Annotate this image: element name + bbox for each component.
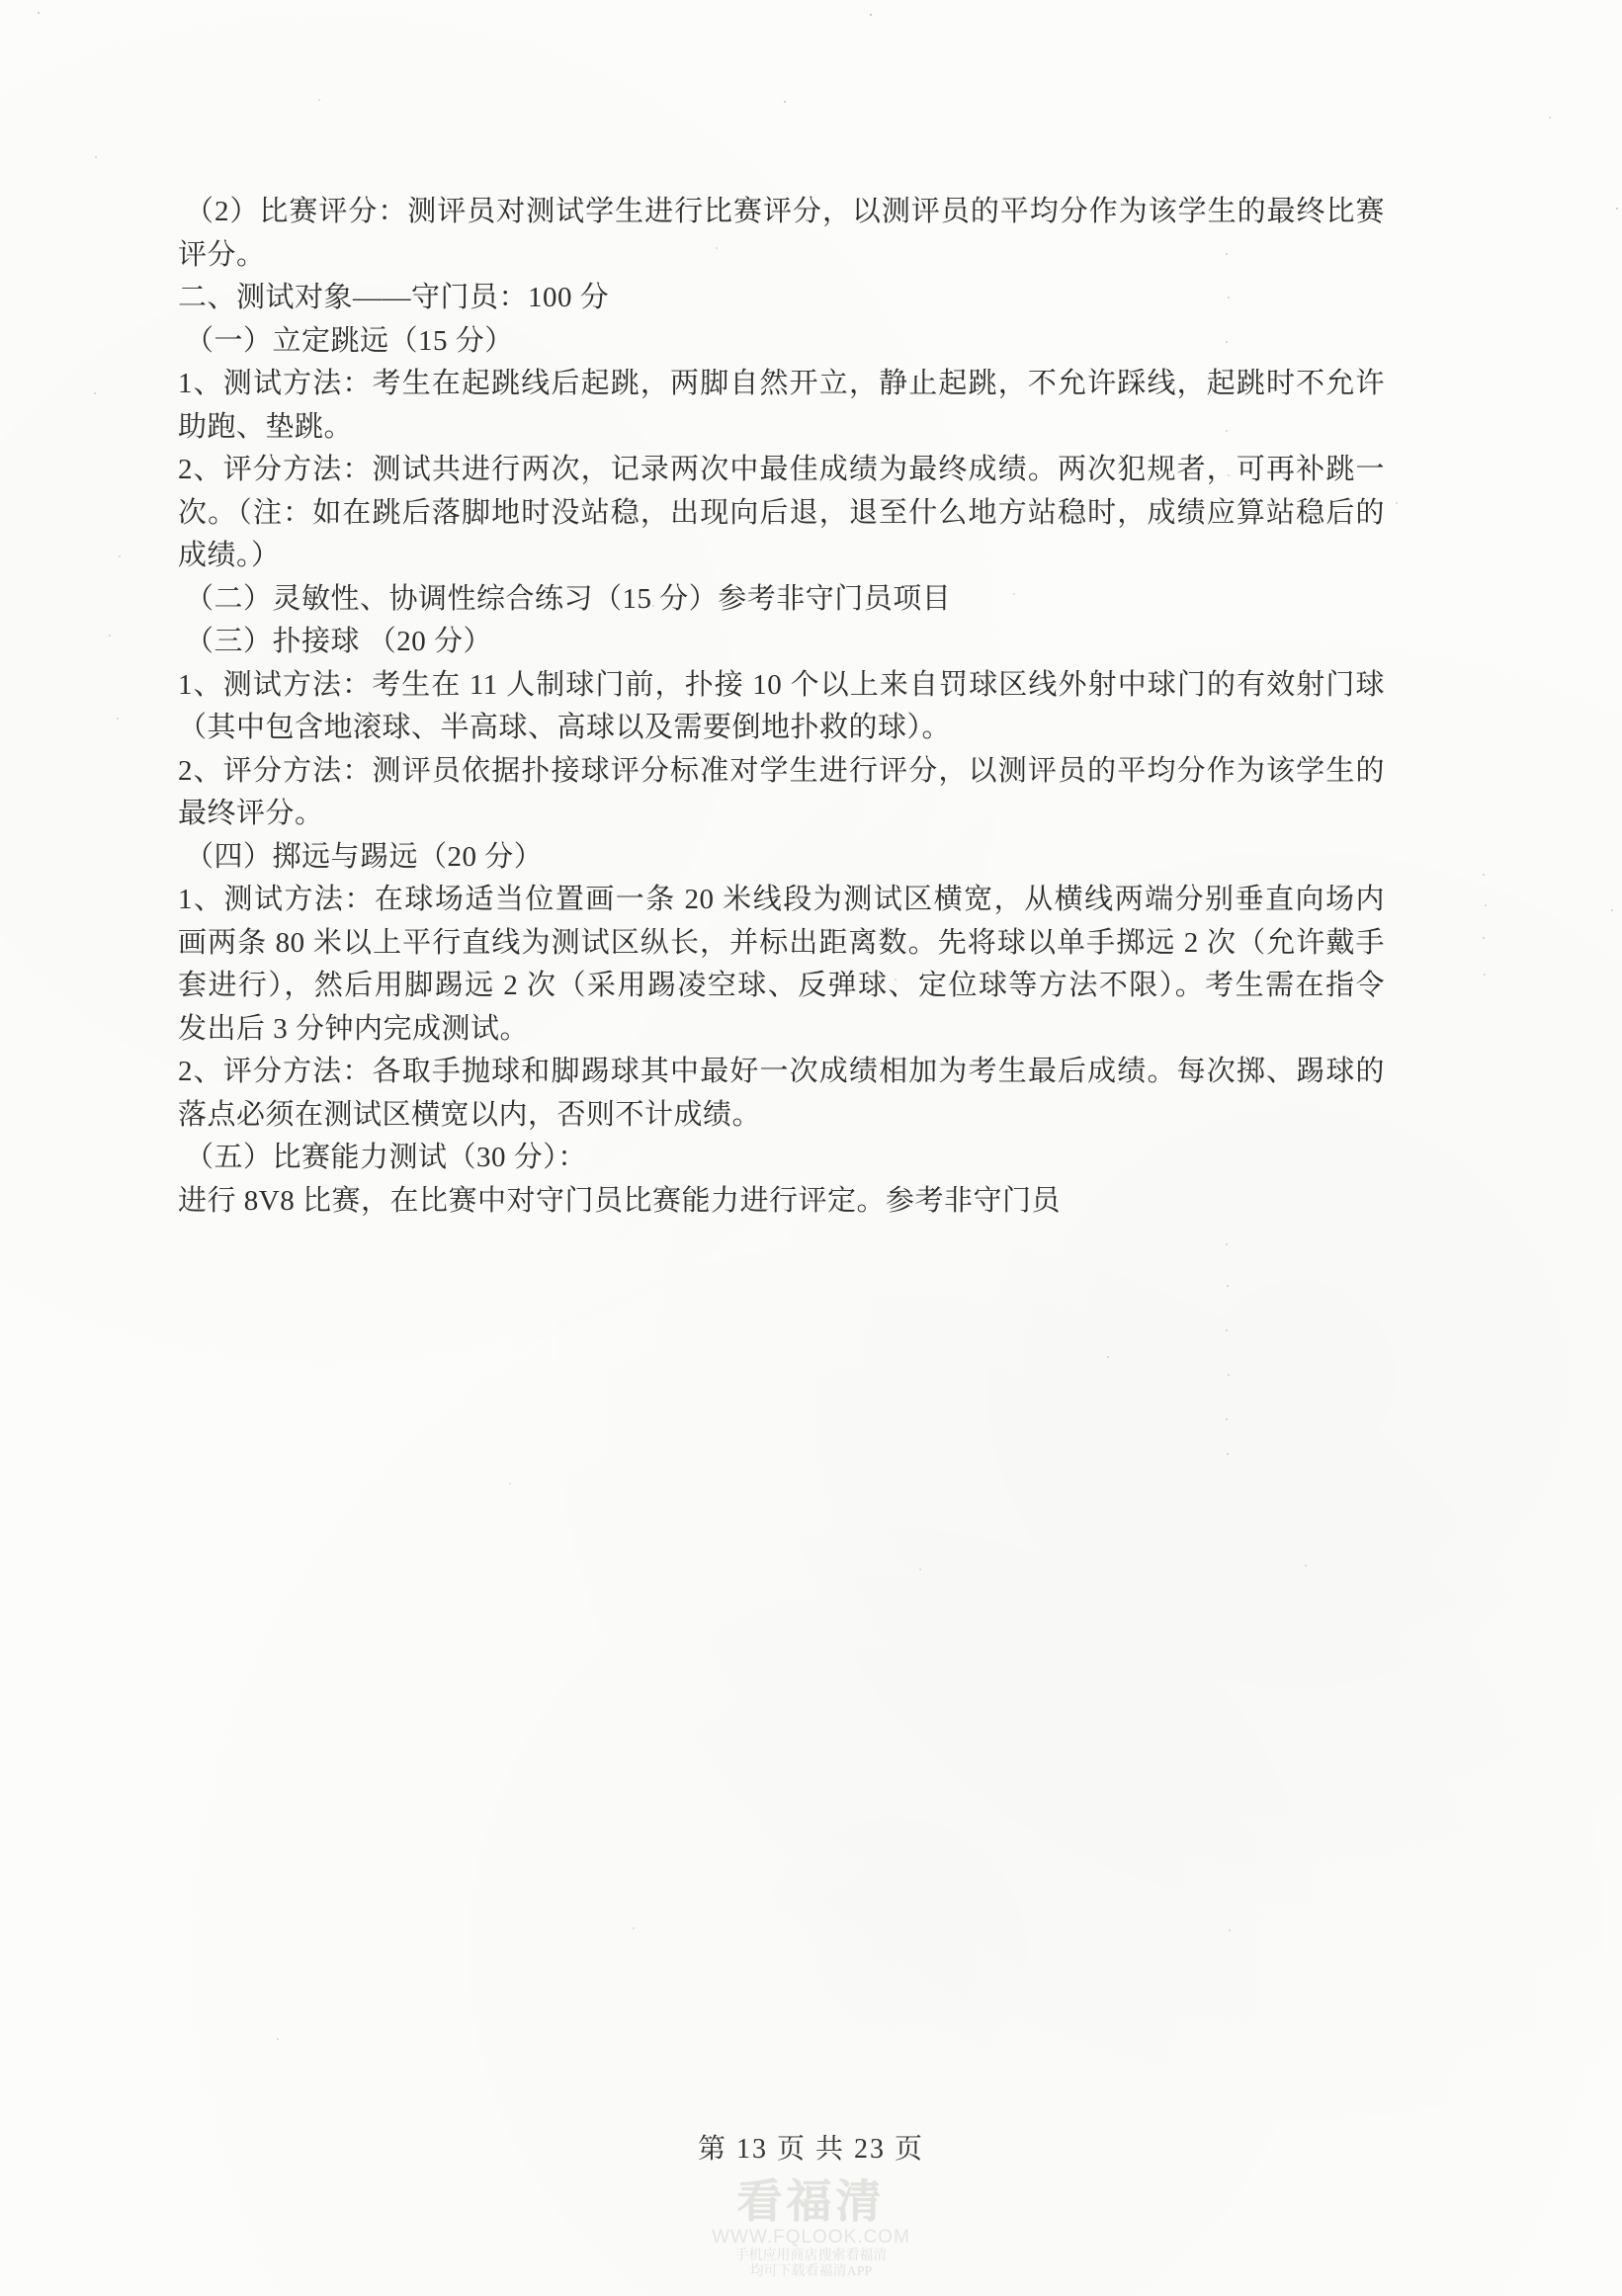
watermark-url: WWW.FQLOOK.COM [0, 2227, 1622, 2249]
text-line: 2、评分方法：测试共进行两次，记录两次中最佳成绩为最终成绩。两次犯规者，可再补跳… [178, 449, 1385, 492]
text-line: （二）灵敏性、协调性综合练习（15 分）参考非守门员项目 [178, 578, 1385, 622]
text-line: （2）比赛评分：测评员对测试学生进行比赛评分，以测评员的平均分作为该学生的最终比… [178, 191, 1385, 234]
scan-noise-speckles [0, 0, 2, 2]
text-line: （三）扑接球 （20 分） [178, 621, 1385, 664]
text-line: 画两条 80 米以上平行直线为测试区纵长，并标出距离数。先将球以单手掷远 2 次… [178, 922, 1385, 966]
watermark-note-1: 手机应用商店搜索看福清 [0, 2249, 1622, 2264]
watermark: 看福清 WWW.FQLOOK.COM 手机应用商店搜索看福清 均可下载看福清AP… [0, 2177, 1622, 2280]
text-line: 1、测试方法：考生在起跳线后起跳，两脚自然开立，静止起跳，不允许踩线，起跳时不允… [178, 363, 1385, 406]
text-line: 1、测试方法：考生在 11 人制球门前，扑接 10 个以上来自罚球区线外射中球门… [178, 664, 1385, 708]
text-line: 二、测试对象——守门员：100 分 [178, 277, 1385, 320]
text-line: 套进行），然后用脚踢远 2 次（采用踢凌空球、反弹球、定位球等方法不限）。考生需… [178, 965, 1385, 1008]
watermark-logo-text: 看福清 [0, 2177, 1622, 2227]
text-line: （其中包含地滚球、半高球、高球以及需要倒地扑救的球）。 [178, 707, 1385, 750]
text-line: 发出后 3 分钟内完成测试。 [178, 1008, 1385, 1052]
text-line: （五）比赛能力测试（30 分）： [178, 1137, 1385, 1180]
text-line: 助跑、垫跳。 [178, 406, 1385, 450]
page-footer: 第 13 页 共 23 页 [0, 2127, 1622, 2167]
scanned-document-page: （2）比赛评分：测评员对测试学生进行比赛评分，以测评员的平均分作为该学生的最终比… [0, 0, 1622, 2296]
text-line: 进行 8V8 比赛，在比赛中对守门员比赛能力进行评定。参考非守门员 [178, 1180, 1385, 1224]
text-line: 成绩。） [178, 535, 1385, 578]
watermark-note-2: 均可下载看福清APP [0, 2264, 1622, 2280]
text-line: （一）立定跳远（15 分） [178, 320, 1385, 364]
text-line: （四）掷远与踢远（20 分） [178, 836, 1385, 880]
text-line: 2、评分方法：各取手抛球和脚踢球其中最好一次成绩相加为考生最后成绩。每次掷、踢球… [178, 1051, 1385, 1094]
text-line: 评分。 [178, 234, 1385, 278]
text-line: 2、评分方法：测评员依据扑接球评分标准对学生进行评分，以测评员的平均分作为该学生… [178, 750, 1385, 794]
document-body: （2）比赛评分：测评员对测试学生进行比赛评分，以测评员的平均分作为该学生的最终比… [178, 191, 1385, 1223]
text-line: 次。（注：如在跳后落脚地时没站稳，出现向后退，退至什么地方站稳时，成绩应算站稳后… [178, 492, 1385, 536]
text-line: 最终评分。 [178, 793, 1385, 836]
text-line: 1、测试方法：在球场适当位置画一条 20 米线段为测试区横宽，从横线两端分别垂直… [178, 879, 1385, 922]
text-line: 落点必须在测试区横宽以内，否则不计成绩。 [178, 1094, 1385, 1138]
page-number: 第 13 页 共 23 页 [698, 2134, 924, 2165]
